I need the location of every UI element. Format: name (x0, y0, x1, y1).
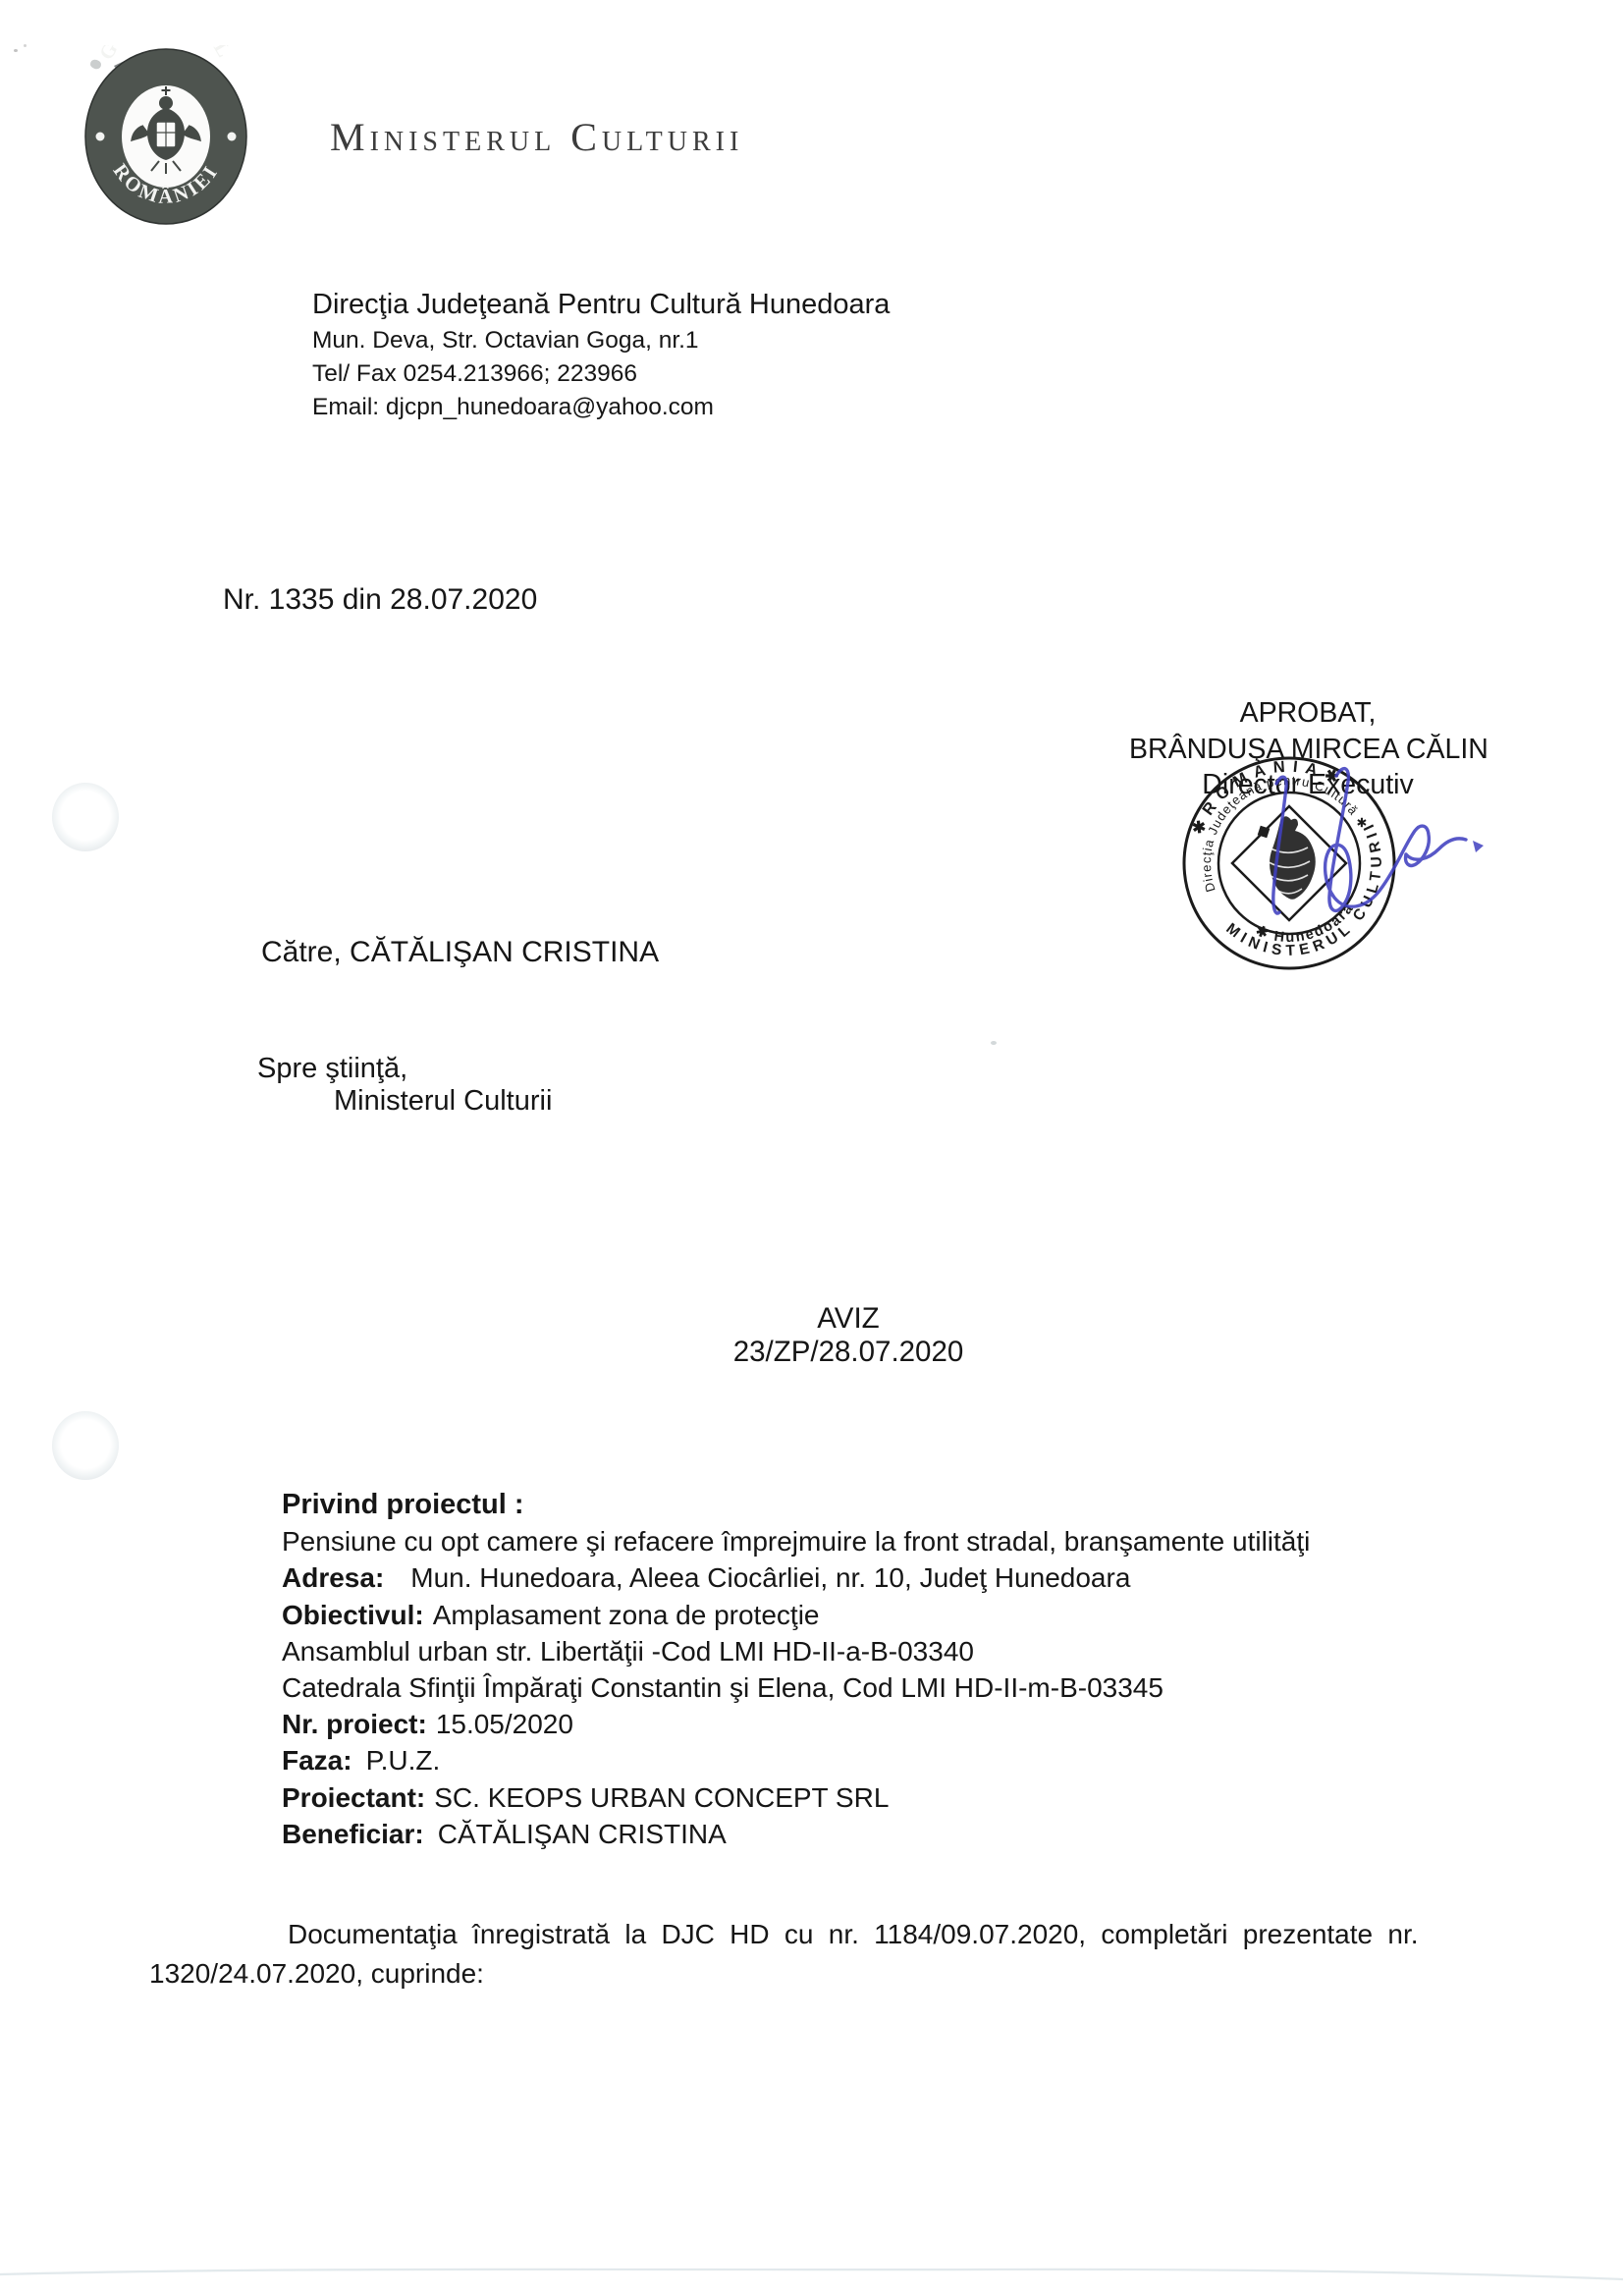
signature-ink-mark (1473, 841, 1484, 852)
field-value: Catedrala Sfinţii Împăraţi Constantin şi… (282, 1672, 1163, 1703)
letterhead-phone: Tel/ Fax 0254.213966; 223966 (312, 357, 890, 391)
project-line-ansamblul: Ansamblul urban str. Libertăţii -Cod LMI… (282, 1633, 1310, 1669)
project-line-catedrala: Catedrala Sfinţii Împăraţi Constantin şi… (282, 1669, 1310, 1706)
approval-status: APROBAT, (1129, 695, 1487, 732)
project-line-adresa: Adresa:Mun. Hunedoara, Aleea Ciocârliei,… (282, 1559, 1310, 1596)
project-line-proiectant: Proiectant:SC. KEOPS URBAN CONCEPT SRL (282, 1779, 1310, 1816)
project-line-nr-proiect: Nr. proiect:15.05/2020 (282, 1706, 1310, 1742)
seal-dot-left (96, 133, 105, 141)
field-label: Obiectivul: (282, 1600, 424, 1630)
field-value: CĂTĂLIŞAN CRISTINA (438, 1819, 727, 1849)
field-label: Adresa: (282, 1562, 384, 1593)
field-value: Mun. Hunedoara, Aleea Ciocârliei, nr. 10… (410, 1562, 1130, 1593)
field-value: 15.05/2020 (436, 1709, 573, 1739)
project-line-faza: Faza:P.U.Z. (282, 1742, 1310, 1778)
project-description: Pensiune cu opt camere şi refacere împre… (282, 1523, 1310, 1559)
closing-paragraph-line2: 1320/24.07.2020, cuprinde: (149, 1958, 484, 1990)
stamp-eagle-icon (1258, 816, 1316, 900)
field-value: P.U.Z. (366, 1745, 441, 1776)
field-value: Ansamblul urban str. Libertăţii -Cod LMI… (282, 1636, 974, 1667)
document-page: GUVERNUL ROMÂNIEI Ministerul Culturii Di… (0, 0, 1623, 2296)
letterhead-email: Email: djcpn_hunedoara@yahoo.com (312, 391, 890, 424)
aviz-title: AVIZ (681, 1302, 1015, 1336)
scan-smudge (14, 49, 18, 52)
punch-hole (52, 1411, 119, 1480)
seal-dot-right (228, 133, 237, 141)
letterhead: Direcţia Judeţeană Pentru Cultură Hunedo… (312, 285, 890, 424)
ministry-title: Ministerul Culturii (330, 114, 743, 160)
cc-value: Ministerul Culturii (334, 1085, 552, 1118)
field-value: SC. KEOPS URBAN CONCEPT SRL (434, 1782, 889, 1813)
scan-smudge (991, 1041, 997, 1045)
project-line-beneficiar: Beneficiar:CĂTĂLIŞAN CRISTINA (282, 1816, 1310, 1852)
official-stamp: ✱ROMÂNIA✱ MINISTERUL CULTURII Direcţia J… (1168, 746, 1542, 987)
cc-label: Spre ştiinţă, (257, 1053, 407, 1085)
field-value: Amplasament zona de protecţie (433, 1600, 820, 1630)
letterhead-institution: Direcţia Judeţeană Pentru Cultură Hunedo… (312, 285, 890, 324)
field-label: Nr. proiect: (282, 1709, 427, 1739)
field-label: Proiectant: (282, 1782, 425, 1813)
aviz-number: 23/ZP/28.07.2020 (681, 1336, 1015, 1369)
punch-hole (52, 783, 119, 851)
registration-number: Nr. 1335 din 28.07.2020 (223, 583, 537, 617)
aviz-block: AVIZ 23/ZP/28.07.2020 (681, 1302, 1015, 1369)
field-label: Faza: (282, 1745, 352, 1776)
recipient-line: Către, CĂTĂLIŞAN CRISTINA (261, 936, 659, 969)
field-label: Beneficiar: (282, 1819, 424, 1849)
government-seal-icon: GUVERNUL ROMÂNIEI (81, 45, 250, 228)
scan-smudge (24, 44, 27, 47)
closing-paragraph-line1: Documentaţia înregistrată la DJC HD cu n… (288, 1919, 1419, 1950)
project-heading: Privind proiectul : (282, 1487, 1310, 1523)
project-line-obiectivul: Obiectivul:Amplasament zona de protecţie (282, 1597, 1310, 1633)
project-details: Privind proiectul : Pensiune cu opt came… (282, 1487, 1310, 1852)
letterhead-address: Mun. Deva, Str. Octavian Goga, nr.1 (312, 324, 890, 357)
scan-page-edge (0, 2252, 1623, 2291)
